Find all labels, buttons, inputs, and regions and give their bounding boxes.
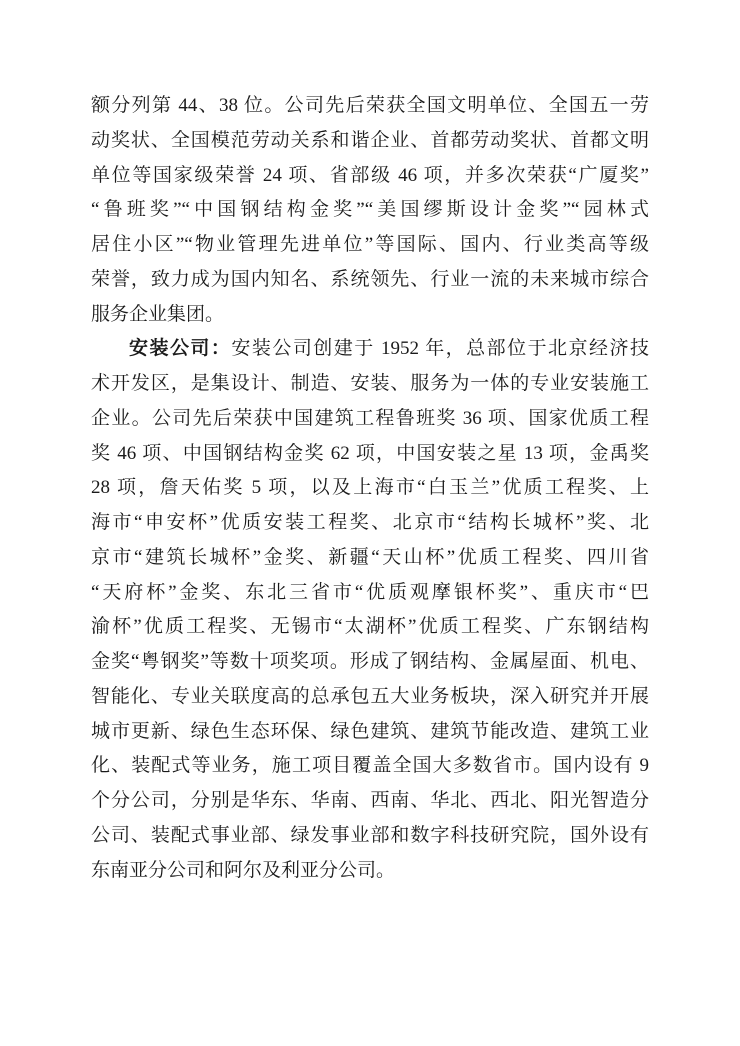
text-line: 安装公司：安装公司创建于 1952 年，总部位于北京经济技	[91, 332, 649, 367]
text-span: 安装公司创建于 1952 年，总部位于北京经济技	[231, 338, 649, 359]
text-line: 动奖状、全国模范劳动关系和谐企业、首都劳动奖状、首都文明	[91, 124, 649, 159]
text-line: 城市更新、绿色生态环保、绿色建筑、建筑节能改造、建筑工业	[91, 715, 649, 750]
text-block: 额分列第 44、38 位。公司先后荣获全国文明单位、全国五一劳 动奖状、全国模范…	[91, 89, 649, 888]
text-line: 荣誉，致力成为国内知名、系统领先、行业一流的未来城市综合	[91, 263, 649, 298]
text-line: 海市“申安杯”优质安装工程奖、北京市“结构长城杯”奖、北	[91, 506, 649, 541]
document-page: 额分列第 44、38 位。公司先后荣获全国文明单位、全国五一劳 动奖状、全国模范…	[0, 0, 740, 1046]
text-line: “天府杯”金奖、东北三省市“优质观摩银杯奖”、重庆市“巴	[91, 576, 649, 611]
text-line: 智能化、专业关联度高的总承包五大业务板块，深入研究并开展	[91, 680, 649, 715]
text-line: 个分公司，分别是华东、华南、西南、华北、西北、阳光智造分	[91, 784, 649, 819]
text-line: 公司、装配式事业部、绿发事业部和数字科技研究院，国外设有	[91, 819, 649, 854]
text-line: 企业。公司先后荣获中国建筑工程鲁班奖 36 项、国家优质工程	[91, 402, 649, 437]
text-line: 化、装配式等业务，施工项目覆盖全国大多数省市。国内设有 9	[91, 749, 649, 784]
text-line: 居住小区”“物业管理先进单位”等国际、国内、行业类高等级	[91, 228, 649, 263]
text-line: 奖 46 项、中国钢结构金奖 62 项，中国安装之星 13 项，金禹奖	[91, 437, 649, 472]
text-line: 金奖“粤钢奖”等数十项奖项。形成了钢结构、金属屋面、机电、	[91, 645, 649, 680]
text-line: 单位等国家级荣誉 24 项、省部级 46 项，并多次荣获“广厦奖”	[91, 159, 649, 194]
text-line: 额分列第 44、38 位。公司先后荣获全国文明单位、全国五一劳	[91, 89, 649, 124]
paragraph-1: 额分列第 44、38 位。公司先后荣获全国文明单位、全国五一劳 动奖状、全国模范…	[91, 89, 649, 332]
text-line: 京市“建筑长城杯”金奖、新疆“天山杯”优质工程奖、四川省	[91, 541, 649, 576]
text-line: 渝杯”优质工程奖、无锡市“太湖杯”优质工程奖、广东钢结构	[91, 610, 649, 645]
paragraph-2: 安装公司：安装公司创建于 1952 年，总部位于北京经济技 术开发区，是集设计、…	[91, 332, 649, 888]
text-line: 服务企业集团。	[91, 298, 649, 333]
paragraph-lead: 安装公司：	[129, 338, 231, 359]
text-line: 东南亚分公司和阿尔及利亚分公司。	[91, 854, 649, 889]
text-line: 术开发区，是集设计、制造、安装、服务为一体的专业安装施工	[91, 367, 649, 402]
text-line: “鲁班奖”“中国钢结构金奖”“美国缪斯设计金奖”“园林式	[91, 193, 649, 228]
text-line: 28 项，詹天佑奖 5 项，以及上海市“白玉兰”优质工程奖、上	[91, 471, 649, 506]
